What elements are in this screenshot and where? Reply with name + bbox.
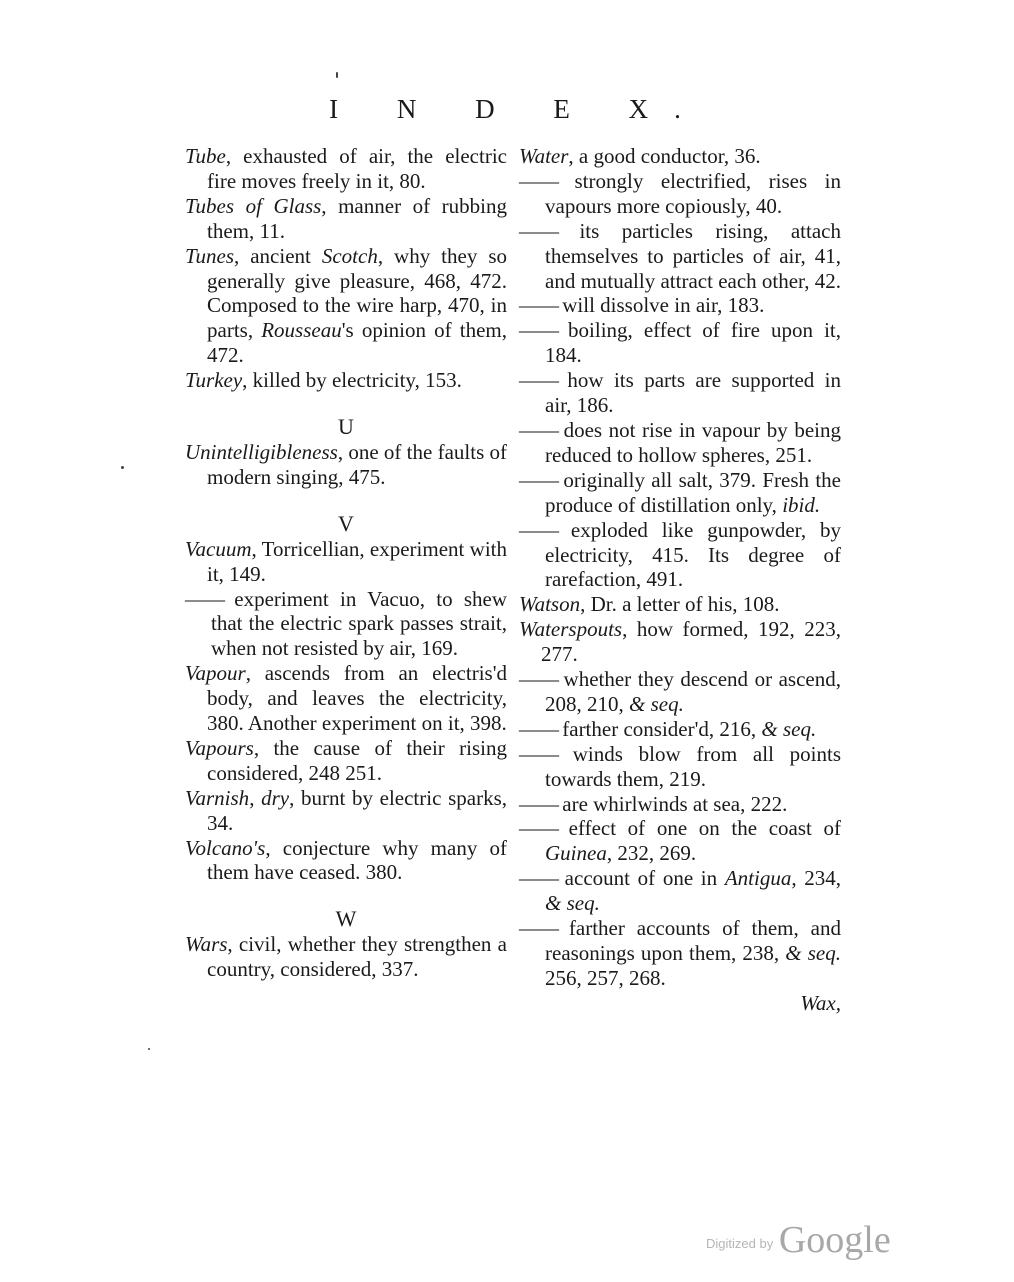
scan-speck — [148, 1048, 150, 1050]
ditto-dash: —— — [519, 667, 557, 691]
ditto-dash: —— — [519, 468, 557, 492]
entry-italic: ibid. — [782, 493, 820, 517]
index-subentry: —— how its parts are supported in air, 1… — [519, 368, 841, 418]
entry-head: Water — [519, 144, 568, 168]
index-subentry: —— boiling, effect of fire upon it, 184. — [519, 318, 841, 368]
catchword: Wax, — [519, 991, 841, 1016]
index-subentry: —— whether they descend or ascend, 208, … — [519, 667, 841, 717]
ditto-dash: —— — [519, 219, 557, 243]
ditto-dash: —— — [519, 742, 557, 766]
index-subentry: —— exploded like gunpowder, by electrici… — [519, 518, 841, 593]
index-entry-wars: Wars, civil, whether they strengthen a c… — [185, 932, 507, 982]
entry-italic: & seq. — [545, 891, 600, 915]
entry-text: , 234, — [791, 866, 841, 890]
entry-text: winds blow from all points towards them,… — [545, 742, 841, 791]
entry-italic: dry — [261, 786, 289, 810]
index-entry-waterspouts: Waterspouts, how formed, 192, 223, 277. — [519, 617, 841, 667]
entry-text: boiling, effect of fire upon it, 184. — [545, 318, 841, 367]
index-entry-vacuum: Vacuum, Torricellian, experiment with it… — [185, 537, 507, 587]
ditto-dash: —— — [519, 816, 557, 840]
index-subentry: —— will dissolve in air, 183. — [519, 293, 841, 318]
entry-head: Vapours — [185, 736, 254, 760]
entry-head: Tubes of Glass — [185, 194, 321, 218]
entry-text: farther consider'd, 216, — [557, 717, 761, 741]
entry-text: , civil, whether they strengthen a count… — [207, 932, 507, 981]
entry-head: Vacuum — [185, 537, 252, 561]
entry-head: Waterspouts — [519, 617, 622, 641]
entry-text: , — [249, 786, 261, 810]
index-entry-varnish: Varnish, dry, burnt by electric sparks, … — [185, 786, 507, 836]
entry-head: Vapour — [185, 661, 246, 685]
index-entry-vapour: Vapour, ascends from an electris'd body,… — [185, 661, 507, 736]
entry-text: exploded like gunpowder, by electricity,… — [545, 518, 841, 592]
entry-head: Watson — [519, 592, 580, 616]
entry-text: will dissolve in air, 183. — [557, 293, 764, 317]
entry-text: strongly electrified, rises in vapours m… — [545, 169, 841, 218]
index-subentry: —— its particles rising, attach themselv… — [519, 219, 841, 294]
section-letter-w: W — [185, 907, 507, 932]
ditto-dash: —— — [519, 717, 557, 741]
entry-head: Varnish — [185, 786, 249, 810]
ditto-dash: —— — [519, 518, 557, 542]
entry-text: experiment in Vacuo, to shew that the el… — [211, 587, 507, 661]
entry-text: does not rise in vapour by being reduced… — [545, 418, 841, 467]
google-logo: Google — [779, 1219, 891, 1261]
index-subentry: —— are whirlwinds at sea, 222. — [519, 792, 841, 817]
entry-text: , ascends from an electris'd body, and l… — [207, 661, 507, 735]
entry-head: Tube — [185, 144, 226, 168]
entry-text: whether they descend or ascend, 208, 210… — [545, 667, 841, 716]
index-entry-tube: Tube, exhausted of air, the electric fir… — [185, 144, 507, 194]
digitized-by-google-watermark: Digitized by Google — [706, 1218, 891, 1262]
index-entry-tunes: Tunes, ancient Scotch, why they so gener… — [185, 244, 507, 369]
index-subentry: —— does not rise in vapour by being redu… — [519, 418, 841, 468]
entry-italic: Rousseau — [261, 318, 342, 342]
ditto-dash: —— — [519, 866, 557, 890]
entry-text: are whirlwinds at sea, 222. — [557, 792, 787, 816]
entry-head: Turkey — [185, 368, 242, 392]
scan-speck — [336, 72, 338, 78]
entry-head: Volcano's — [185, 836, 265, 860]
index-entry-volcanos: Volcano's, conjecture why many of them h… — [185, 836, 507, 886]
index-subentry: —— strongly electrified, rises in vapour… — [519, 169, 841, 219]
index-subentry: —— originally all salt, 379. Fresh the p… — [519, 468, 841, 518]
entry-text: 256, 257, 268. — [545, 966, 666, 990]
index-column-right: Water, a good conductor, 36. —— strongly… — [519, 144, 841, 1016]
index-subentry: —— account of one in Antigua, 234, & seq… — [519, 866, 841, 916]
index-subentry: —— farther accounts of them, and reasoni… — [519, 916, 841, 991]
entry-text: how its parts are supported in air, 186. — [545, 368, 841, 417]
index-subentry: —— farther consider'd, 216, & seq. — [519, 717, 841, 742]
ditto-dash: —— — [519, 792, 557, 816]
entry-italic: & seq. — [629, 692, 684, 716]
ditto-dash: —— — [185, 587, 223, 611]
entry-head: Unintelligibleness — [185, 440, 338, 464]
index-column-left: Tube, exhausted of air, the electric fir… — [185, 144, 507, 982]
entry-italic: Antigua — [725, 866, 792, 890]
entry-text: , Torricellian, experiment with it, 149. — [207, 537, 507, 586]
index-subentry: —— winds blow from all points towards th… — [519, 742, 841, 792]
entry-text: , Dr. a letter of his, 108. — [580, 592, 779, 616]
ditto-dash: —— — [519, 916, 557, 940]
entry-text: , 232, 269. — [607, 841, 696, 865]
ditto-dash: —— — [519, 318, 557, 342]
section-letter-u: U — [185, 415, 507, 440]
section-letter-v: V — [185, 512, 507, 537]
entry-text: effect of one on the coast of — [557, 816, 841, 840]
entry-italic: & seq. — [761, 717, 816, 741]
entry-head: Wars — [185, 932, 227, 956]
entry-text: , exhausted of air, the electric fire mo… — [207, 144, 507, 193]
entry-head: Tunes — [185, 244, 234, 268]
index-entry-watson: Watson, Dr. a letter of his, 108. — [519, 592, 841, 617]
entry-text: its particles rising, attach themselves … — [545, 219, 841, 293]
index-entry-turkey: Turkey, killed by electricity, 153. — [185, 368, 507, 393]
index-subentry: —— effect of one on the coast of Guinea,… — [519, 816, 841, 866]
scan-speck — [121, 466, 124, 469]
index-entry-vapours: Vapours, the cause of their rising consi… — [185, 736, 507, 786]
ditto-dash: —— — [519, 293, 557, 317]
entry-italic: Scotch — [322, 244, 378, 268]
ditto-dash: —— — [519, 368, 557, 392]
entry-text: , ancient — [234, 244, 322, 268]
ditto-dash: —— — [519, 418, 557, 442]
entry-italic: & seq. — [785, 941, 841, 965]
index-entry-water: Water, a good conductor, 36. — [519, 144, 841, 169]
index-entry-tubes-of-glass: Tubes of Glass, manner of rubbing them, … — [185, 194, 507, 244]
entry-text: , a good conductor, 36. — [568, 144, 760, 168]
index-subentry: —— experiment in Vacuo, to shew that the… — [185, 587, 507, 662]
entry-text: account of one in — [557, 866, 725, 890]
ditto-dash: —— — [519, 169, 557, 193]
entry-text: , killed by electricity, 153. — [242, 368, 462, 392]
page-title: I N D E X. — [0, 94, 1014, 125]
watermark-prefix: Digitized by — [706, 1236, 773, 1251]
index-entry-unintelligibleness: Unintelligibleness, one of the faults of… — [185, 440, 507, 490]
entry-italic: Guinea — [545, 841, 607, 865]
